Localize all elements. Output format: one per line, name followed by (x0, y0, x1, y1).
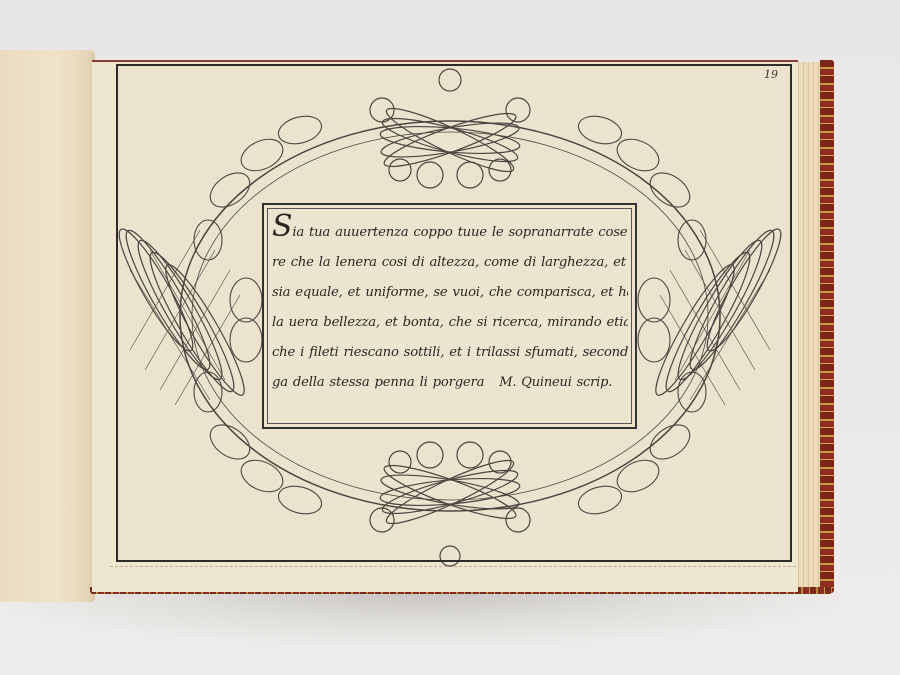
text-line: re che la lenera cosi di altezza, come d… (272, 248, 628, 278)
text-line: ga della stessa penna li porgera (272, 375, 484, 390)
text-line: la uera bellezza, et bonta, che si ricer… (272, 308, 628, 338)
text-line: Sia tua auuertenza coppo tuue le soprana… (272, 212, 628, 248)
text-line: che i fileti riescano sottili, et i tril… (272, 338, 628, 368)
signature: M. Quineui scrip. (499, 375, 612, 390)
calligraphy-text-block: Sia tua auuertenza coppo tuue le soprana… (272, 212, 628, 398)
text-line: sia equale, et uniforme, se vuoi, che co… (272, 278, 628, 308)
